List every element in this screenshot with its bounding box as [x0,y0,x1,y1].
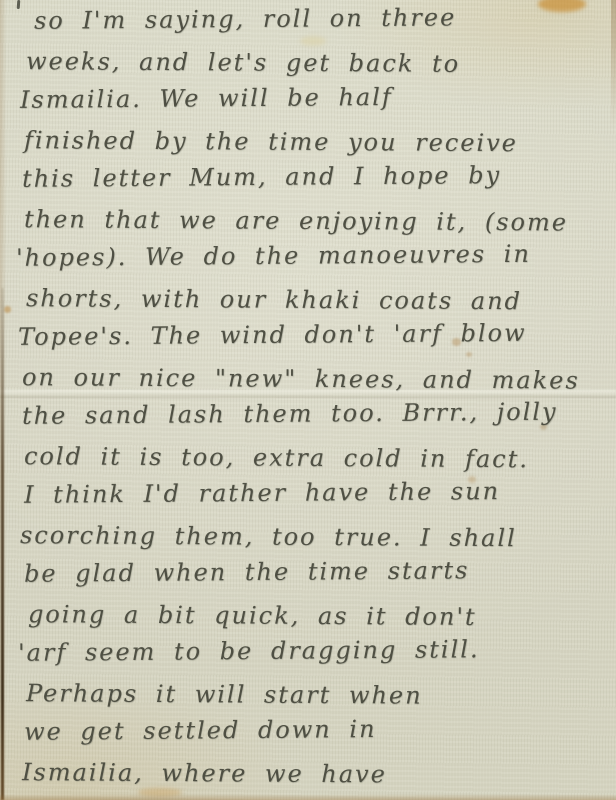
letter-line: Ismailia, where we have [0,752,616,795]
letter-line: so I'm saying, roll on three [0,0,616,40]
letter-line: Ismailia. We will be half [0,75,616,119]
letter-line: I think I'd rather have the sun [0,470,616,514]
letter-line: 'hopes). We do the manoeuvres in [0,233,616,277]
letter-line: this letter Mum, and I hope by [0,154,616,198]
letter-line: Topee's. The wind don't 'arf blow [0,312,616,356]
letter-page: so I'm saying, roll on three weeks, and … [0,0,616,800]
page-edge-bottom [0,794,616,800]
handwritten-text-block: so I'm saying, roll on three weeks, and … [0,1,616,791]
letter-line: be glad when the time starts [0,549,616,593]
letter-line: 'arf seem to be dragging still. [0,628,616,672]
letter-line: the sand lash them too. Brrr., jolly [0,391,616,435]
letter-line: we get settled down in [0,707,616,751]
